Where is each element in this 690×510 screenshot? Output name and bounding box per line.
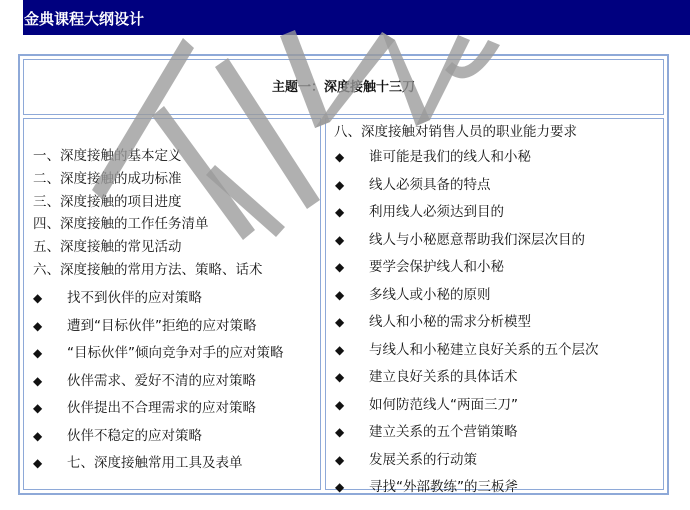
list-item: ◆建立关系的五个营销策略 (335, 419, 599, 447)
list-item: ◆寻找“外部教练”的三板斧 (335, 474, 599, 502)
diamond-bullet-icon: ◆ (335, 392, 357, 420)
numbered-list: 一、深度接触的基本定义 二、深度接触的成功标准 三、深度接触的项目进度 四、深度… (33, 145, 263, 282)
list-item: ◆发展关系的行动策 (335, 447, 599, 475)
diamond-bullet-icon: ◆ (335, 447, 357, 475)
section-heading: 八、深度接触对销售人员的职业能力要求 (334, 121, 577, 143)
diamond-bullet-icon: ◆ (33, 423, 55, 451)
diamond-bullet-icon: ◆ (335, 144, 357, 172)
list-item: ◆利用线人必须达到目的 (335, 199, 599, 227)
diamond-bullet-icon: ◆ (335, 309, 357, 337)
list-item: ◆线人与小秘愿意帮助我们深层次目的 (335, 227, 599, 255)
list-item: ◆如何防范线人“两面三刀” (335, 392, 599, 420)
list-item: ◆伙伴提出不合理需求的应对策略 (33, 395, 284, 423)
list-item: ◆“目标伙伴”倾向竞争对手的应对策略 (33, 340, 284, 368)
diamond-bullet-icon: ◆ (335, 227, 357, 255)
outline-table: 主题一：深度接触十三刀 一、深度接触的基本定义 二、深度接触的成功标准 三、深度… (18, 54, 669, 495)
topic-header: 主题一：深度接触十三刀 (23, 59, 664, 115)
bullet-list: ◆谁可能是我们的线人和小秘 ◆线人必须具备的特点 ◆利用线人必须达到目的 ◆线人… (335, 144, 599, 502)
diamond-bullet-icon: ◆ (33, 395, 55, 423)
list-item: ◆伙伴需求、爱好不清的应对策略 (33, 368, 284, 396)
list-item: 二、深度接触的成功标准 (33, 168, 263, 191)
list-item: 四、深度接触的工作任务清单 (33, 213, 263, 236)
list-item: ◆谁可能是我们的线人和小秘 (335, 144, 599, 172)
diamond-bullet-icon: ◆ (335, 474, 357, 502)
list-item: ◆多线人或小秘的原则 (335, 282, 599, 310)
diamond-bullet-icon: ◆ (33, 368, 55, 396)
diamond-bullet-icon: ◆ (335, 364, 357, 392)
page-title: 金典课程大纲设计 (24, 10, 144, 28)
list-item: ◆七、深度接触常用工具及表单 (33, 450, 284, 478)
diamond-bullet-icon: ◆ (335, 337, 357, 365)
diamond-bullet-icon: ◆ (33, 313, 55, 341)
diamond-bullet-icon: ◆ (335, 172, 357, 200)
list-item: ◆伙伴不稳定的应对策略 (33, 423, 284, 451)
diamond-bullet-icon: ◆ (33, 340, 55, 368)
topic-title: 主题一：深度接触十三刀 (272, 80, 415, 95)
bullet-list: ◆找不到伙伴的应对策略 ◆遭到“目标伙伴”拒绝的应对策略 ◆“目标伙伴”倾向竞争… (33, 285, 284, 478)
list-item: 一、深度接触的基本定义 (33, 145, 263, 168)
list-item: 六、深度接触的常用方法、策略、话术 (33, 259, 263, 282)
list-item: ◆遭到“目标伙伴”拒绝的应对策略 (33, 313, 284, 341)
list-item: 五、深度接触的常见活动 (33, 236, 263, 259)
title-bar: 金典课程大纲设计 (23, 0, 690, 35)
list-item: ◆要学会保护线人和小秘 (335, 254, 599, 282)
list-item: ◆线人和小秘的需求分析模型 (335, 309, 599, 337)
diamond-bullet-icon: ◆ (33, 285, 55, 313)
right-column: 八、深度接触对销售人员的职业能力要求 ◆谁可能是我们的线人和小秘 ◆线人必须具备… (325, 118, 664, 490)
diamond-bullet-icon: ◆ (335, 282, 357, 310)
list-item: ◆与线人和小秘建立良好关系的五个层次 (335, 337, 599, 365)
diamond-bullet-icon: ◆ (335, 199, 357, 227)
diamond-bullet-icon: ◆ (335, 254, 357, 282)
diamond-bullet-icon: ◆ (335, 419, 357, 447)
list-item: 三、深度接触的项目进度 (33, 191, 263, 214)
diamond-bullet-icon: ◆ (33, 450, 55, 478)
list-item: ◆线人必须具备的特点 (335, 172, 599, 200)
list-item: ◆建立良好关系的具体话术 (335, 364, 599, 392)
left-column: 一、深度接触的基本定义 二、深度接触的成功标准 三、深度接触的项目进度 四、深度… (23, 118, 321, 490)
list-item: ◆找不到伙伴的应对策略 (33, 285, 284, 313)
